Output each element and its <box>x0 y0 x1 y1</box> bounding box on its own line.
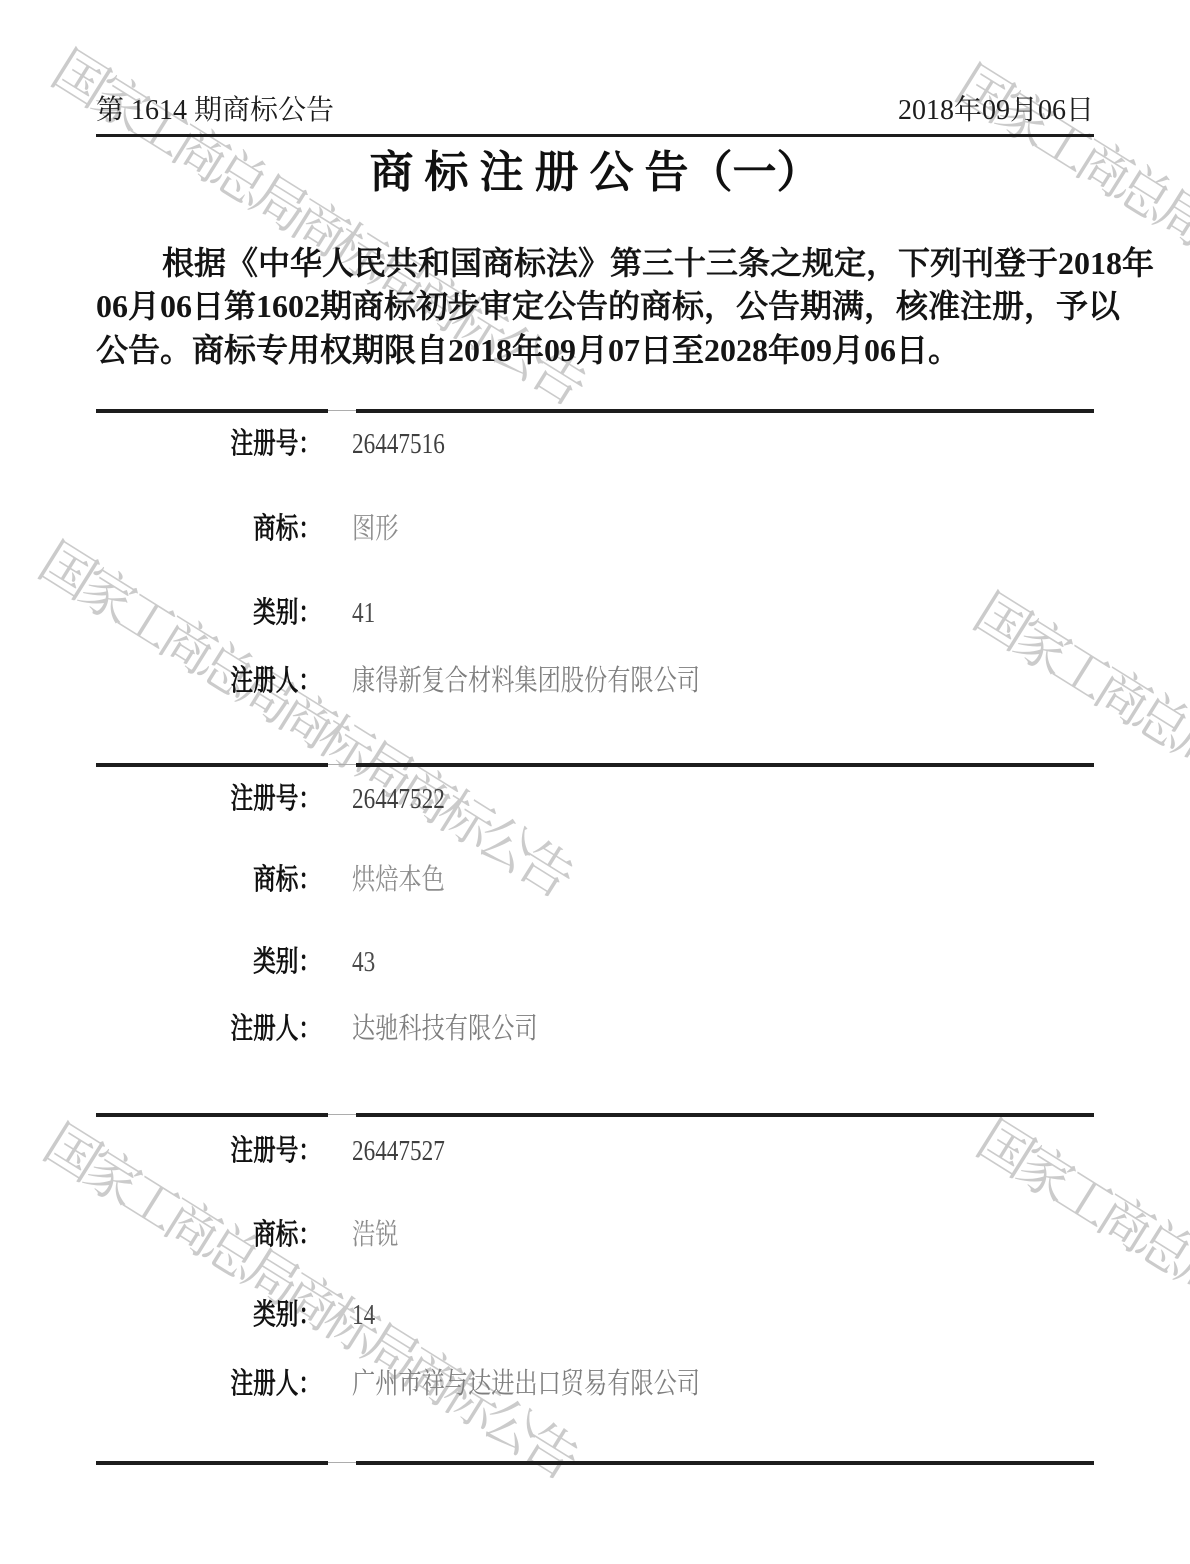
field-value-registrant: 广州市祥与达进出口贸易有限公司 <box>352 1369 700 1400</box>
field-label-mark: 商标： <box>253 1220 321 1251</box>
field-value-registrant: 达驰科技有限公司 <box>352 1014 538 1045</box>
field-value-registrant: 康得新复合材料集团股份有限公司 <box>352 666 700 697</box>
page-title: 商 标 注 册 公 告（一） <box>0 150 1190 196</box>
record-row: 注册号： 26447516 <box>0 429 1190 461</box>
field-label-regno: 注册号： <box>231 429 321 460</box>
record-row: 注册人： 达驰科技有限公司 <box>0 1014 1190 1046</box>
record-row: 注册号： 26447527 <box>0 1136 1190 1168</box>
field-label-category: 类别： <box>253 947 321 978</box>
field-label-regno: 注册号： <box>231 784 321 815</box>
header-issue-number: 第 1614 期商标公告 <box>96 95 334 127</box>
record-separator-rule <box>96 409 1094 413</box>
header-date: 2018年09月06日 <box>898 95 1094 127</box>
intro-line-3: 公告。商标专用权期限自2018年09月07日至2028年09月06日。 <box>96 334 1094 367</box>
field-label-mark: 商标： <box>253 865 321 896</box>
field-value-category: 43 <box>352 947 375 978</box>
field-value-mark: 浩锐 <box>352 1220 398 1251</box>
field-label-registrant: 注册人： <box>231 1014 321 1045</box>
record-row: 类别： 14 <box>0 1300 1190 1332</box>
field-label-mark: 商标： <box>253 514 321 545</box>
header-rule <box>96 134 1094 137</box>
record-separator-rule <box>96 1461 1094 1465</box>
field-label-registrant: 注册人： <box>231 666 321 697</box>
record-row: 注册人： 广州市祥与达进出口贸易有限公司 <box>0 1369 1190 1401</box>
field-label-registrant: 注册人： <box>231 1369 321 1400</box>
field-value-mark: 烘焙本色 <box>352 865 445 896</box>
field-value-category: 41 <box>352 598 375 629</box>
record-row: 商标： 浩锐 <box>0 1220 1190 1252</box>
record-row: 商标： 图形 <box>0 514 1190 546</box>
field-value-regno: 26447527 <box>352 1136 445 1167</box>
watermark-text: 国家工商总局商标局商标公告 <box>30 534 577 904</box>
field-label-category: 类别： <box>253 598 321 629</box>
field-label-category: 类别： <box>253 1300 321 1331</box>
record-row: 类别： 43 <box>0 947 1190 979</box>
intro-line-1: 根据《中华人民共和国商标法》第三十三条之规定，下列刊登于2018年 <box>96 247 1094 280</box>
field-value-regno: 26447516 <box>352 429 445 460</box>
intro-line-2: 06月06日第1602期商标初步审定公告的商标，公告期满，核准注册，予以 <box>96 290 1094 323</box>
record-row: 注册人： 康得新复合材料集团股份有限公司 <box>0 666 1190 698</box>
record-separator-rule <box>96 1113 1094 1117</box>
record-row: 商标： 烘焙本色 <box>0 865 1190 897</box>
field-value-category: 14 <box>352 1300 375 1331</box>
watermark-text: 国家工商总局商标局商标公告 <box>965 585 1190 955</box>
gazette-page: 国家工商总局商标局商标公告 国家工商总局商标局商标公告 国家工商总局商标局商标公… <box>0 0 1190 1564</box>
field-label-regno: 注册号： <box>231 1136 321 1167</box>
record-row: 注册号： 26447522 <box>0 784 1190 816</box>
record-row: 类别： 41 <box>0 598 1190 630</box>
field-value-mark: 图形 <box>352 514 398 545</box>
field-value-regno: 26447522 <box>352 784 445 815</box>
record-separator-rule <box>96 763 1094 767</box>
